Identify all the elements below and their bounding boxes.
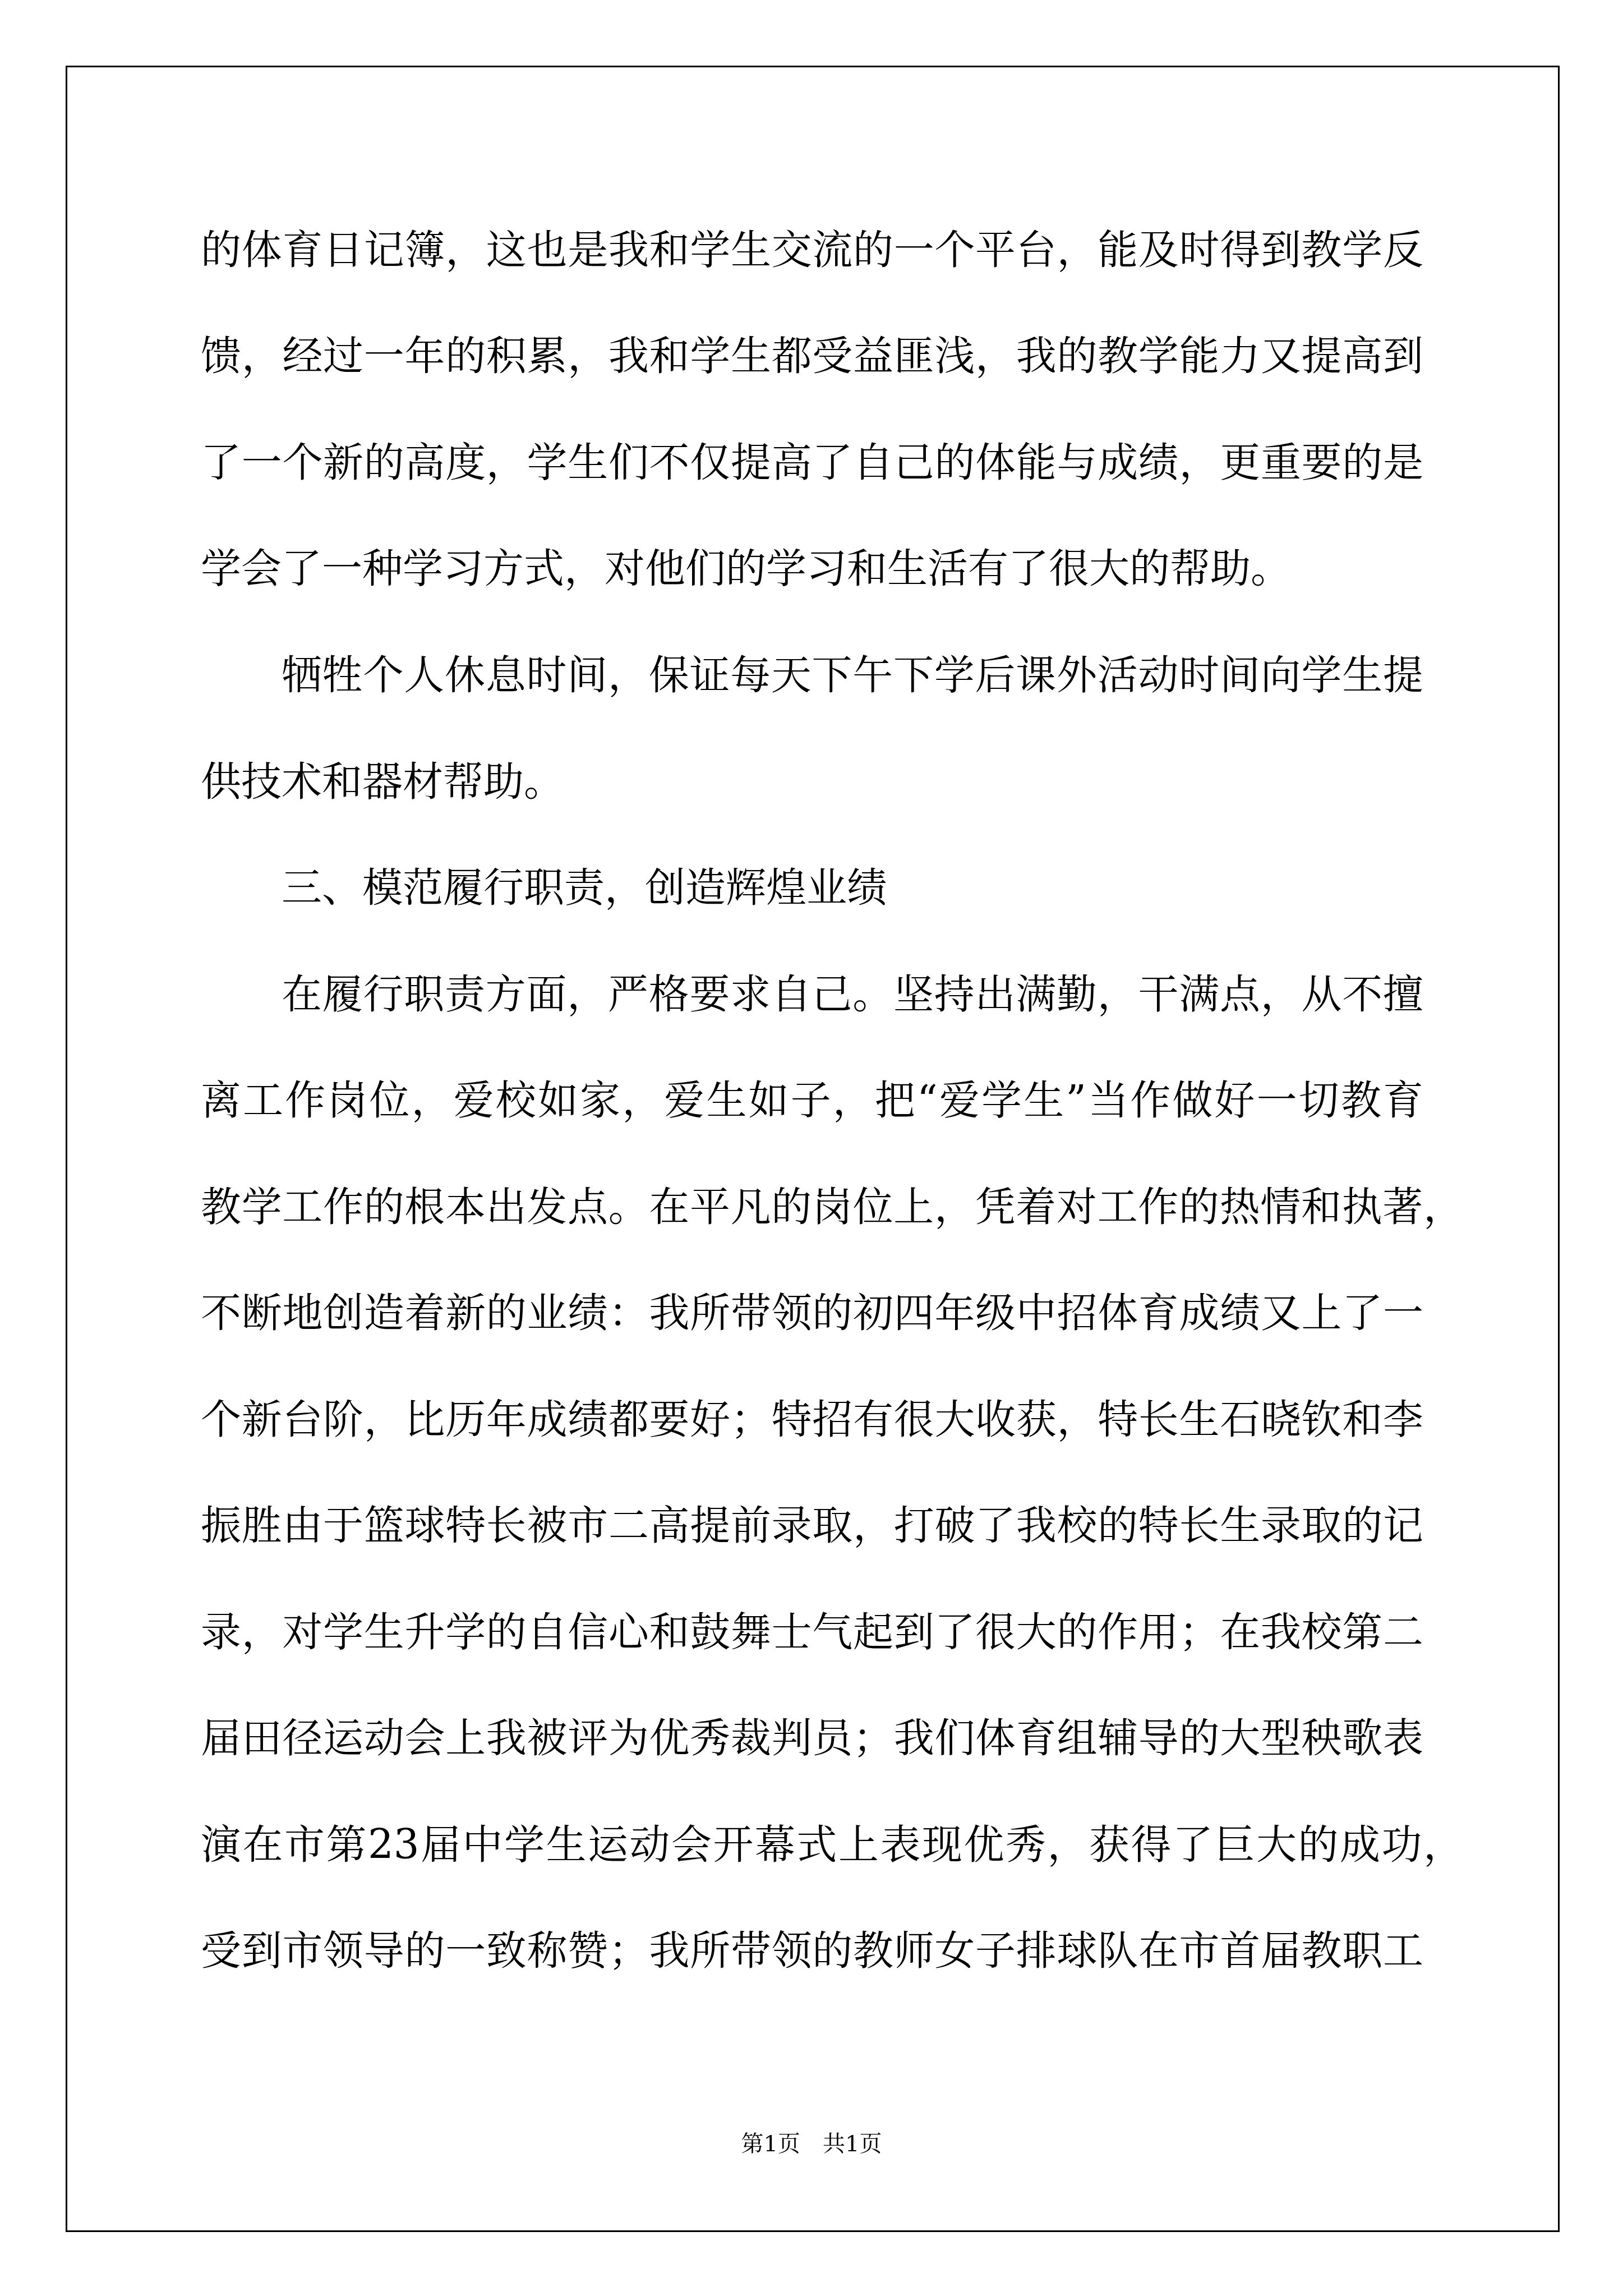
body-line-15: 届田径运动会上我被评为优秀裁判员；我们体育组辅导的大型秧歌表: [201, 1718, 1423, 1758]
body-line-9: 离工作岗位，爱校如家，爱生如子，把“爱学生”当作做好一切教育: [201, 1080, 1423, 1120]
body-line-10: 教学工作的根本出发点。在平凡的岗位上，凭着对工作的热情和执著，: [201, 1186, 1464, 1227]
body-line-1: 的体育日记簿，这也是我和学生交流的一个平台，能及时得到教学反: [201, 229, 1423, 270]
body-line-4: 学会了一种学习方式，对他们的学习和生活有了很大的帮助。: [201, 548, 1423, 588]
page-number-current: 第1页: [741, 2131, 800, 2157]
body-line-6: 供技术和器材帮助。: [201, 761, 1423, 802]
body-line-13: 振胜由于篮球特长被市二高提前录取，打破了我校的特长生录取的记: [201, 1505, 1423, 1545]
body-line-12: 个新台阶，比历年成绩都要好；特招有很大收获，特长生石晓钦和李: [201, 1399, 1423, 1439]
body-line-16: 演在市第23届中学生运动会开幕式上表现优秀，获得了巨大的成功，: [201, 1824, 1464, 1865]
page-number-total: 共1页: [823, 2131, 882, 2157]
body-line-11: 不断地创造着新的业绩：我所带领的初四年级中招体育成绩又上了一: [201, 1292, 1423, 1333]
body-line-17: 受到市领导的一致称赞；我所带领的教师女子排球队在市首届教职工: [201, 1930, 1423, 1971]
page-border: [66, 66, 1560, 2232]
section-heading: 三、模范履行职责，创造辉煌业绩: [282, 867, 1423, 908]
body-line-14: 录，对学生升学的自信心和鼓舞士气起到了很大的作用；在我校第二: [201, 1612, 1423, 1652]
body-line-8: 在履行职责方面，严格要求自己。坚持出满勤，干满点，从不擅: [282, 974, 1423, 1014]
body-line-5: 牺牲个人休息时间，保证每天下午下学后课外活动时间向学生提: [282, 655, 1423, 695]
body-line-2: 馈，经过一年的积累，我和学生都受益匪浅，我的教学能力又提高到: [201, 335, 1423, 376]
body-line-3: 了一个新的高度，学生们不仅提高了自己的体能与成绩，更重要的是: [201, 442, 1423, 482]
page-footer: 第1页共1页: [0, 2132, 1623, 2156]
